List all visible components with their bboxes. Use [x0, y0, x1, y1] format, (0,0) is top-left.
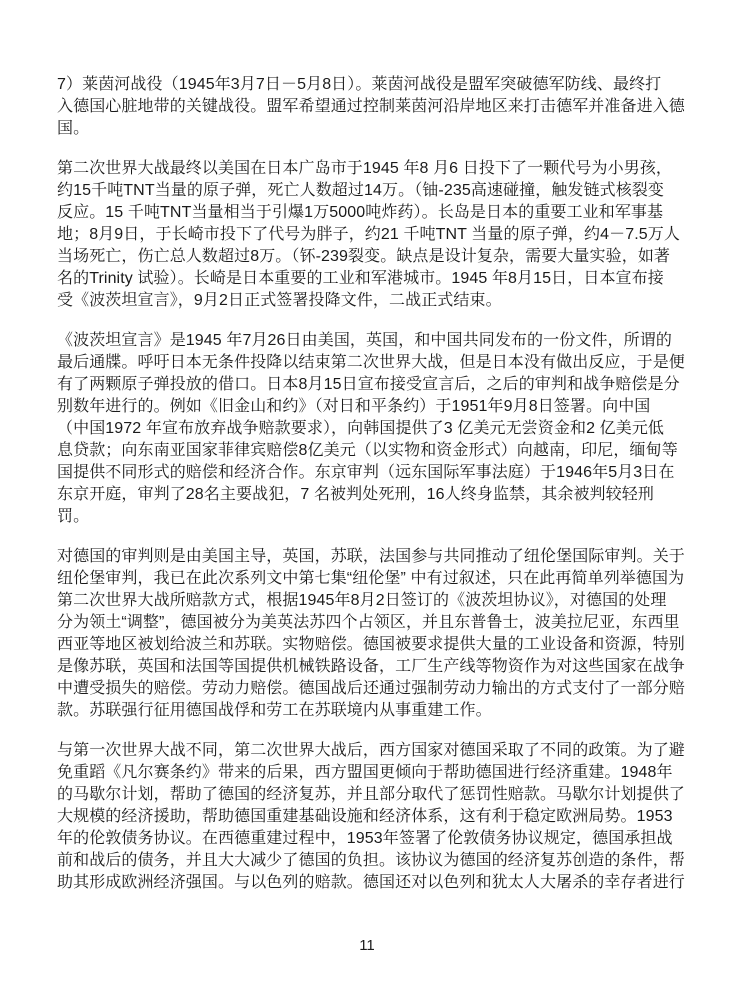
- text-line: 入德国心脏地带的关键战役。盟军希望通过控制莱茵河沿岸地区来打击德军并准备进入德: [57, 96, 681, 118]
- text-line: 7）莱茵河战役（1945年3月7日－5月8日）。莱茵河战役是盟军突破德军防线、最…: [57, 74, 681, 96]
- text-line: 与第一次世界大战不同，第二次世界大战后，西方国家对德国采取了不同的政策。为了避: [57, 740, 681, 762]
- text-line: 名的Trinity 试验）。长崎是日本重要的工业和军港城市。1945 年8月15…: [57, 268, 681, 290]
- document-body: 7）莱茵河战役（1945年3月7日－5月8日）。莱茵河战役是盟军突破德军防线、最…: [57, 74, 681, 912]
- text-line: 免重蹈《凡尔赛条约》带来的后果，西方盟国更倾向于帮助德国进行经济重建。1948年: [57, 762, 681, 784]
- text-line: 对德国的审判则是由美国主导，英国，苏联，法国参与共同推动了纽伦堡国际审判。关于: [57, 546, 681, 568]
- paragraph-german-trials-reparations: 对德国的审判则是由美国主导，英国，苏联，法国参与共同推动了纽伦堡国际审判。关于纽…: [57, 546, 681, 722]
- paragraph-potsdam-declaration: 《波茨坦宣言》是1945 年7月26日由美国，英国，和中国共同发布的一份文件，所…: [57, 330, 681, 528]
- text-line: 有了两颗原子弹投放的借口。日本8月15日宣布接受宣言后，之后的审判和战争赔偿是分: [57, 374, 681, 396]
- text-line: 国。: [57, 118, 681, 140]
- text-line: 分为领土“调整”，德国被分为美英法苏四个占领区，并且东普鲁士，波美拉尼亚，东西里: [57, 612, 681, 634]
- text-line: 中遭受损失的赔偿。劳动力赔偿。德国战后还通过强制劳动力输出的方式支付了一部分赔: [57, 678, 681, 700]
- paragraph-rhine-battle: 7）莱茵河战役（1945年3月7日－5月8日）。莱茵河战役是盟军突破德军防线、最…: [57, 74, 681, 140]
- text-line: 地；8月9日，于长崎市投下了代号为胖子，约21 千吨TNT 当量的原子弹，约4－…: [57, 224, 681, 246]
- text-line: 《波茨坦宣言》是1945 年7月26日由美国，英国，和中国共同发布的一份文件，所…: [57, 330, 681, 352]
- text-line: 受《波茨坦宣言》，9月2日正式签署投降文件，二战正式结束。: [57, 290, 681, 312]
- text-line: 最后通牒。呼吁日本无条件投降以结束第二次世界大战，但是日本没有做出反应，于是便: [57, 352, 681, 374]
- text-line: 纽伦堡审判，我已在此次系列文中第七集“纽伦堡” 中有过叙述，只在此再简单列举德国…: [57, 568, 681, 590]
- text-line: 别数年进行的。例如《旧金山和约》（对日和平条约）于1951年9月8日签署。向中国: [57, 396, 681, 418]
- page-number: 11: [0, 936, 734, 956]
- text-line: 西亚等地区被划给波兰和苏联。实物赔偿。德国被要求提供大量的工业设备和资源，特别: [57, 634, 681, 656]
- text-line: （中国1972 年宣布放弃战争赔款要求），向韩国提供了3 亿美元无尝资金和2 亿…: [57, 418, 681, 440]
- text-line: 大规模的经济援助，帮助德国重建基础设施和经济体系，这有利于稳定欧洲局势。1953: [57, 806, 681, 828]
- text-line: 东京开庭，审判了28名主要战犯，7 名被判处死刑，16人终身监禁，其余被判较轻刑: [57, 484, 681, 506]
- document-page: 7）莱茵河战役（1945年3月7日－5月8日）。莱茵河战役是盟军突破德军防线、最…: [0, 0, 734, 1000]
- text-line: 罚。: [57, 506, 681, 528]
- paragraph-postwar-policy: 与第一次世界大战不同，第二次世界大战后，西方国家对德国采取了不同的政策。为了避免…: [57, 740, 681, 894]
- paragraph-atomic-bombs: 第二次世界大战最终以美国在日本广岛市于1945 年8 月6 日投下了一颗代号为小…: [57, 158, 681, 312]
- text-line: 第二次世界大战最终以美国在日本广岛市于1945 年8 月6 日投下了一颗代号为小…: [57, 158, 681, 180]
- text-line: 息贷款；向东南亚国家菲律宾赔偿8亿美元（以实物和资金形式）向越南，印尼，缅甸等: [57, 440, 681, 462]
- text-line: 前和战后的债务，并且大大减少了德国的负担。该协议为德国的经济复苏创造的条件，帮: [57, 850, 681, 872]
- text-line: 款。苏联强行征用德国战俘和劳工在苏联境内从事重建工作。: [57, 700, 681, 722]
- text-line: 当场死亡，伤亡总人数超过8万。（钚-239裂变。缺点是设计复杂，需要大量实验，如…: [57, 246, 681, 268]
- text-line: 反应。15 千吨TNT当量相当于引爆1万5000吨炸药）。长岛是日本的重要工业和…: [57, 202, 681, 224]
- text-line: 约15千吨TNT当量的原子弹，死亡人数超过14万。（铀-235高速碰撞，触发链式…: [57, 180, 681, 202]
- text-line: 是像苏联，英国和法国等国提供机械铁路设备，工厂生产线等物资作为对这些国家在战争: [57, 656, 681, 678]
- text-line: 的马歇尔计划，帮助了德国的经济复苏，并且部分取代了惩罚性赔款。马歇尔计划提供了: [57, 784, 681, 806]
- text-line: 助其形成欧洲经济强国。与以色列的赔款。德国还对以色列和犹太人大屠杀的幸存者进行: [57, 872, 681, 894]
- text-line: 第二次世界大战所赔款方式，根据1945年8月2日签订的《波茨坦协议》，对德国的处…: [57, 590, 681, 612]
- text-line: 国提供不同形式的赔偿和经济合作。东京审判（远东国际军事法庭）于1946年5月3日…: [57, 462, 681, 484]
- text-line: 年的伦敦债务协议。在西德重建过程中，1953年签署了伦敦债务协议规定，德国承担战: [57, 828, 681, 850]
